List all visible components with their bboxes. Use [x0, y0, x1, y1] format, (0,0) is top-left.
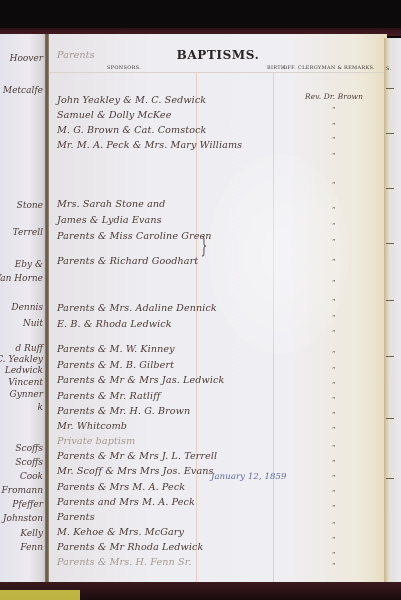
sponsor-entry: John Yeakley & M. C. Sedwick [57, 95, 206, 106]
ditto-mark: ” [332, 329, 336, 337]
left-page-fragment: Stone [17, 201, 43, 211]
left-page-fragment: Van Horne [0, 274, 43, 284]
left-page-fragment: Fromann [2, 486, 43, 496]
sponsor-entry: Parents [57, 512, 95, 523]
sponsor-entry: Parents & Mr & Mrs J. L. Terrell [57, 451, 217, 462]
column-header-remarks: OFF. CLERGYMAN & REMARKS. [283, 65, 375, 71]
sponsor-entry: Parents [57, 50, 95, 61]
page-tick [386, 418, 394, 419]
sponsor-entry: E. B. & Rhoda Ledwick [57, 319, 172, 330]
left-page-fragment: Nuit [23, 319, 43, 329]
sponsor-entry: Parents & Mr Rhoda Ledwick [57, 542, 203, 553]
yellow-tab [0, 590, 80, 600]
sponsor-entry: Parents and Mrs M. A. Peck [57, 497, 195, 508]
ditto-mark: ” [332, 474, 336, 482]
left-page-fragment: Eby & [15, 260, 43, 270]
header-rule [49, 72, 387, 73]
ditto-mark: ” [332, 238, 336, 246]
ditto-mark: ” [332, 459, 336, 467]
left-page-fragment: Scoffs [15, 458, 43, 468]
ditto-mark: ” [332, 258, 336, 266]
left-page-fragment: Johnston [3, 514, 43, 524]
sponsor-entry: Parents & Richard Goodhart [57, 256, 198, 267]
page-tick [386, 133, 394, 134]
ditto-mark: ” [332, 350, 336, 358]
brace-mark: } [201, 234, 208, 259]
sponsor-entry: Mr. Whitcomb [57, 421, 127, 432]
left-page-fragment: Gynner [10, 390, 44, 400]
left-page-fragment: Kelly [20, 529, 43, 539]
left-page-fragment: Ledwick [5, 366, 43, 376]
sponsor-entry: Parents & Mrs. H. Fenn Sr. [57, 557, 191, 568]
sponsor-entry: Parents & Mr. Ratliff [57, 391, 160, 402]
sponsor-entry: Mrs. Sarah Stone and [57, 199, 165, 210]
sponsor-entry: Parents & Mrs M. A. Peck [57, 482, 185, 493]
page-tick [386, 356, 394, 357]
left-page-fragment: k [38, 403, 43, 413]
page-tick [386, 88, 394, 89]
ditto-mark: ” [332, 411, 336, 419]
column-header-sponsors: SPONSORS. [107, 65, 141, 71]
sponsor-entry: Parents & M. B. Gilbert [57, 360, 174, 371]
left-page-fragment: C. Yeakley [0, 355, 43, 365]
left-page-fragment: d Ruff [15, 344, 43, 354]
ditto-mark: ” [332, 366, 336, 374]
book-cover-bottom-edge [0, 582, 401, 600]
left-page-fragment: Dennis [11, 303, 43, 313]
left-page-fragment: Scoffs [15, 444, 43, 454]
ditto-mark: ” [332, 396, 336, 404]
paper-highlight [209, 154, 349, 354]
ditto-mark: ” [332, 562, 336, 570]
underlying-page-label: S. [386, 66, 391, 72]
officiating-clergyman: Rev. Dr. Brown [305, 92, 363, 101]
ditto-mark: ” [332, 536, 336, 544]
ditto-mark: ” [332, 444, 336, 452]
underlying-page-edge [384, 38, 401, 584]
left-page-fragment: Terrell [13, 228, 43, 238]
ditto-mark: ” [332, 181, 336, 189]
left-page-fragment: Cook [20, 472, 43, 482]
ditto-mark: ” [332, 489, 336, 497]
ditto-mark: ” [332, 136, 336, 144]
sponsor-entry: M. G. Brown & Cat. Comstock [57, 125, 206, 136]
sponsor-entry: Parents & Mr. H. G. Brown [57, 406, 190, 417]
left-page-fragment: Pfeffer [12, 500, 43, 510]
sponsor-entry: Samuel & Dolly McKee [57, 110, 172, 121]
page-tick [386, 188, 394, 189]
page-title: BAPTISMS. [49, 48, 387, 62]
sponsor-entry: Parents & M. W. Kinney [57, 344, 175, 355]
ditto-mark: ” [332, 298, 336, 306]
sponsor-entry: James & Lydia Evans [57, 215, 162, 226]
sponsor-entry: M. Kehoe & Mrs. McGary [57, 527, 184, 538]
ditto-mark: ” [332, 152, 336, 160]
left-page: HooverMetcalfeStoneTerrellEby &Van Horne… [0, 34, 47, 584]
sponsor-entry: Parents & Mr & Mrs Jas. Ledwick [57, 375, 224, 386]
right-page: BAPTISMS. SPONSORS. BIRTH. OFF. CLERGYMA… [49, 34, 387, 584]
birth-date-entry: January 12, 1859 [211, 472, 287, 482]
ditto-mark: ” [332, 314, 336, 322]
page-tick [386, 243, 394, 244]
sponsor-entry: Parents & Miss Caroline Green [57, 231, 212, 242]
ditto-mark: ” [332, 426, 336, 434]
left-page-fragment: Hoover [10, 54, 43, 64]
page-tick [386, 300, 394, 301]
left-page-fragment: Vincent [8, 378, 43, 388]
left-page-fragment: Fenn [20, 543, 43, 553]
ditto-mark: ” [332, 222, 336, 230]
ditto-mark: ” [332, 381, 336, 389]
ditto-mark: ” [332, 206, 336, 214]
sponsor-entry: Mr. M. A. Peck & Mrs. Mary Williams [57, 140, 242, 151]
sponsor-entry: Private baptism [57, 436, 135, 447]
ditto-mark: ” [332, 551, 336, 559]
sponsor-entry: Parents & Mrs. Adaline Dennick [57, 303, 217, 314]
ditto-mark: ” [332, 106, 336, 114]
ditto-mark: ” [332, 504, 336, 512]
ditto-mark: ” [332, 521, 336, 529]
page-tick [386, 478, 394, 479]
ditto-mark: ” [332, 122, 336, 130]
left-page-fragment: Metcalfe [3, 86, 43, 96]
sponsor-entry: Mr. Scoff & Mrs Mrs Jos. Evans [57, 466, 214, 477]
ditto-mark: ” [332, 279, 336, 287]
